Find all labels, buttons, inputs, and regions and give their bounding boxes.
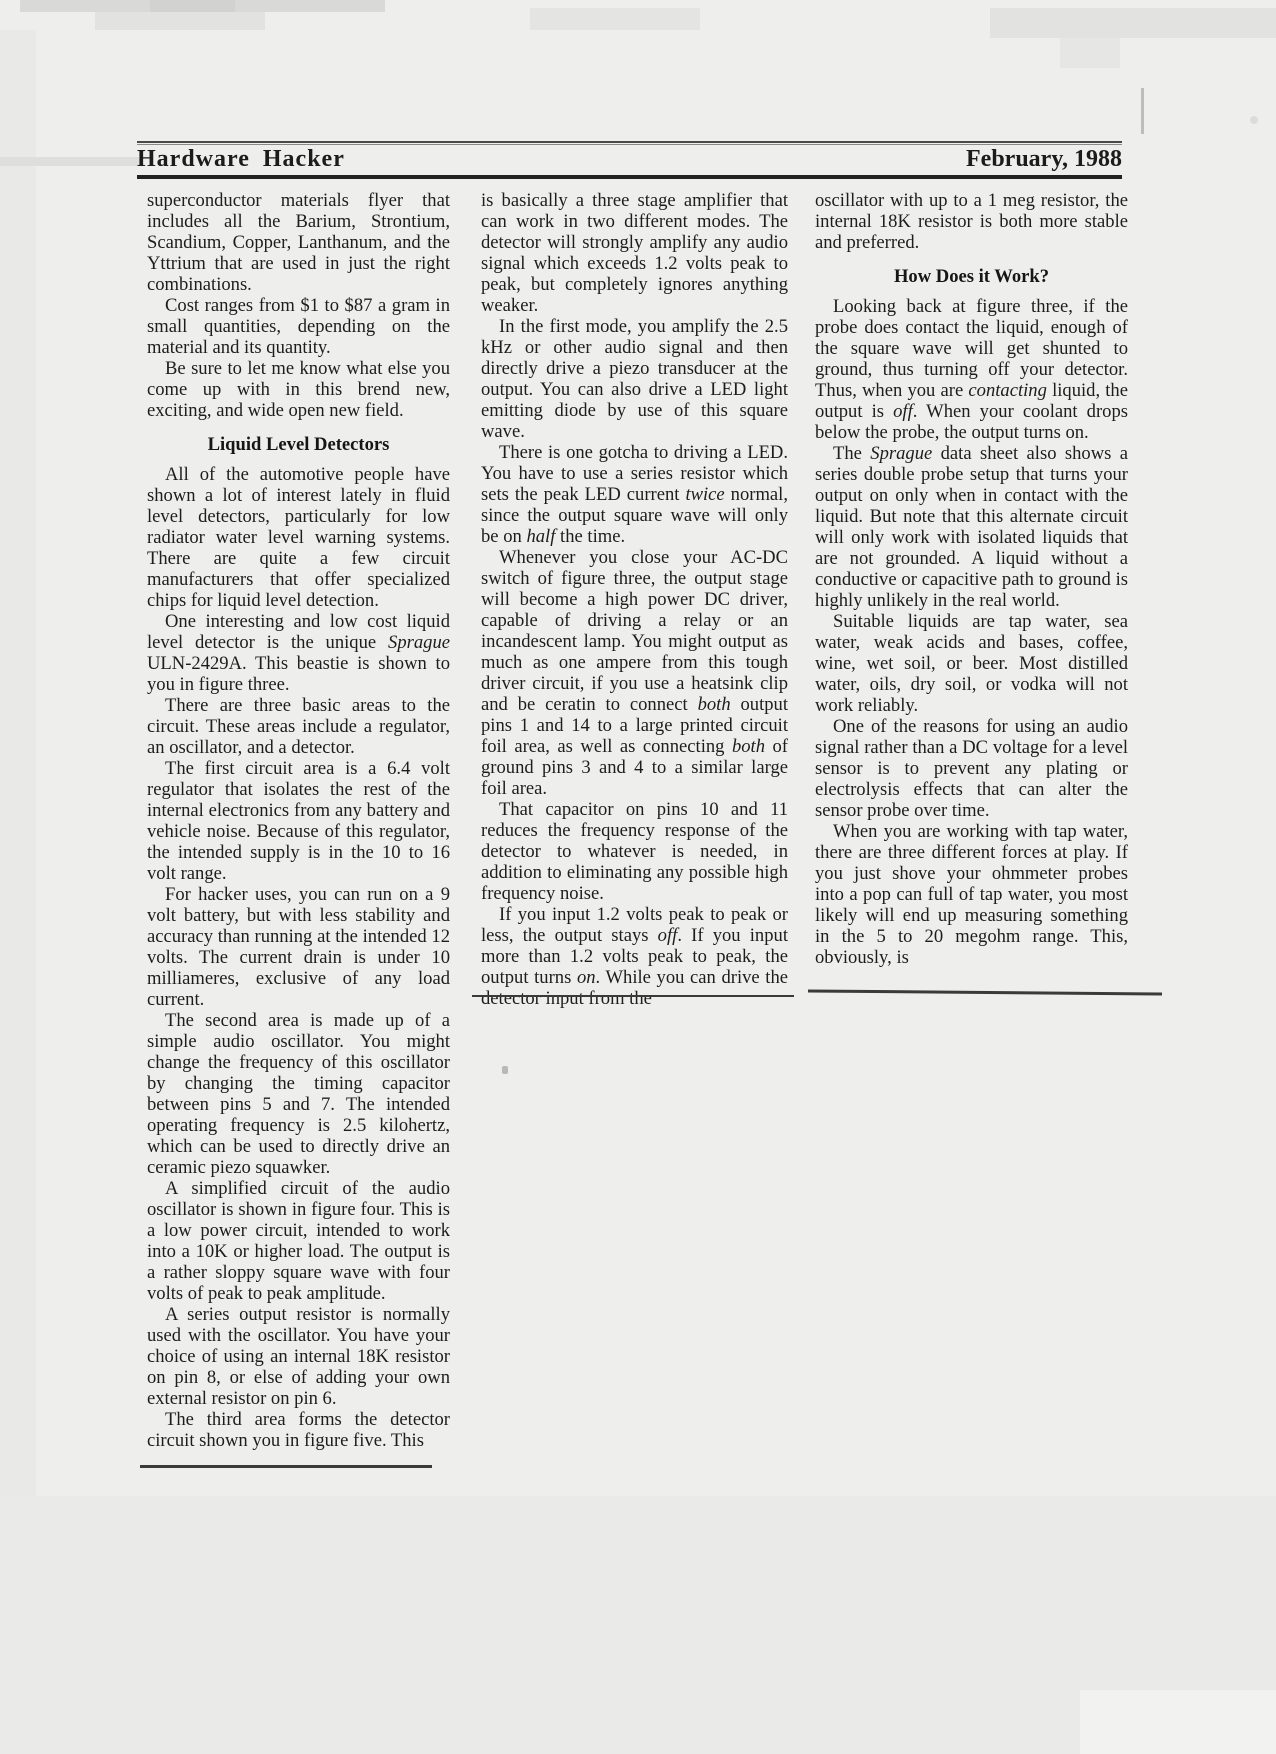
publication-title: Hardware Hacker [137, 146, 345, 173]
scan-speck [1250, 116, 1258, 124]
scan-artifact [20, 0, 385, 12]
paragraph: If you input 1.2 volts peak to peak or l… [481, 904, 788, 1009]
scan-artifact [1060, 38, 1120, 68]
scan-artifact [1080, 1690, 1276, 1754]
paragraph: is basically a three stage amplifier tha… [481, 190, 788, 316]
paragraph: All of the automotive people have shown … [147, 464, 450, 611]
paragraph: The second area is made up of a simple a… [147, 1010, 450, 1178]
scan-artifact [150, 0, 235, 14]
article-column-1: superconductor materials flyer that incl… [147, 190, 450, 1451]
scan-artifact [1141, 88, 1144, 134]
article-column-3: oscillator with up to a 1 meg resistor, … [815, 190, 1128, 968]
masthead-rule-bottom [137, 175, 1122, 179]
paragraph: A series output resistor is normally use… [147, 1304, 450, 1409]
paragraph: Be sure to let me know what else you com… [147, 358, 450, 421]
scan-speck [502, 1066, 508, 1074]
paragraph: Whenever you close your AC-DC switch of … [481, 547, 788, 799]
paragraph: The first circuit area is a 6.4 volt reg… [147, 758, 450, 884]
paragraph: The Sprague data sheet also shows a seri… [815, 443, 1128, 611]
paragraph: A simplified circuit of the audio oscill… [147, 1178, 450, 1304]
column-3-end-rule [808, 989, 1162, 995]
paragraph: One interesting and low cost liquid leve… [147, 611, 450, 695]
issue-date: February, 1988 [966, 146, 1122, 173]
scan-artifact [0, 30, 36, 1530]
scan-artifact [0, 1496, 1276, 1754]
paragraph: There are three basic areas to the circu… [147, 695, 450, 758]
scan-artifact [530, 8, 700, 30]
paragraph: In the first mode, you amplify the 2.5 k… [481, 316, 788, 442]
scan-artifact [0, 157, 140, 166]
section-heading: Liquid Level Detectors [147, 434, 450, 455]
column-2-end-rule [472, 995, 794, 997]
section-heading: How Does it Work? [815, 266, 1128, 287]
scanned-page: Hardware Hacker February, 1988 supercond… [0, 0, 1276, 1754]
scan-artifact [95, 12, 265, 30]
scan-artifact [990, 8, 1276, 38]
paragraph: Cost ranges from $1 to $87 a gram in sma… [147, 295, 450, 358]
article-column-2: is basically a three stage amplifier tha… [481, 190, 788, 1009]
paragraph: Suitable liquids are tap water, sea wate… [815, 611, 1128, 716]
paragraph: One of the reasons for using an audio si… [815, 716, 1128, 821]
paragraph: oscillator with up to a 1 meg resistor, … [815, 190, 1128, 253]
masthead-rule-top-shadow [137, 144, 1122, 145]
paragraph: The third area forms the detector circui… [147, 1409, 450, 1451]
paragraph: There is one gotcha to driving a LED. Yo… [481, 442, 788, 547]
paragraph: That capacitor on pins 10 and 11 reduces… [481, 799, 788, 904]
masthead-rule-top [137, 141, 1122, 143]
column-1-end-rule [140, 1465, 432, 1468]
paragraph: superconductor materials flyer that incl… [147, 190, 450, 295]
paragraph: When you are working with tap water, the… [815, 821, 1128, 968]
paragraph: For hacker uses, you can run on a 9 volt… [147, 884, 450, 1010]
paragraph: Looking back at figure three, if the pro… [815, 296, 1128, 443]
